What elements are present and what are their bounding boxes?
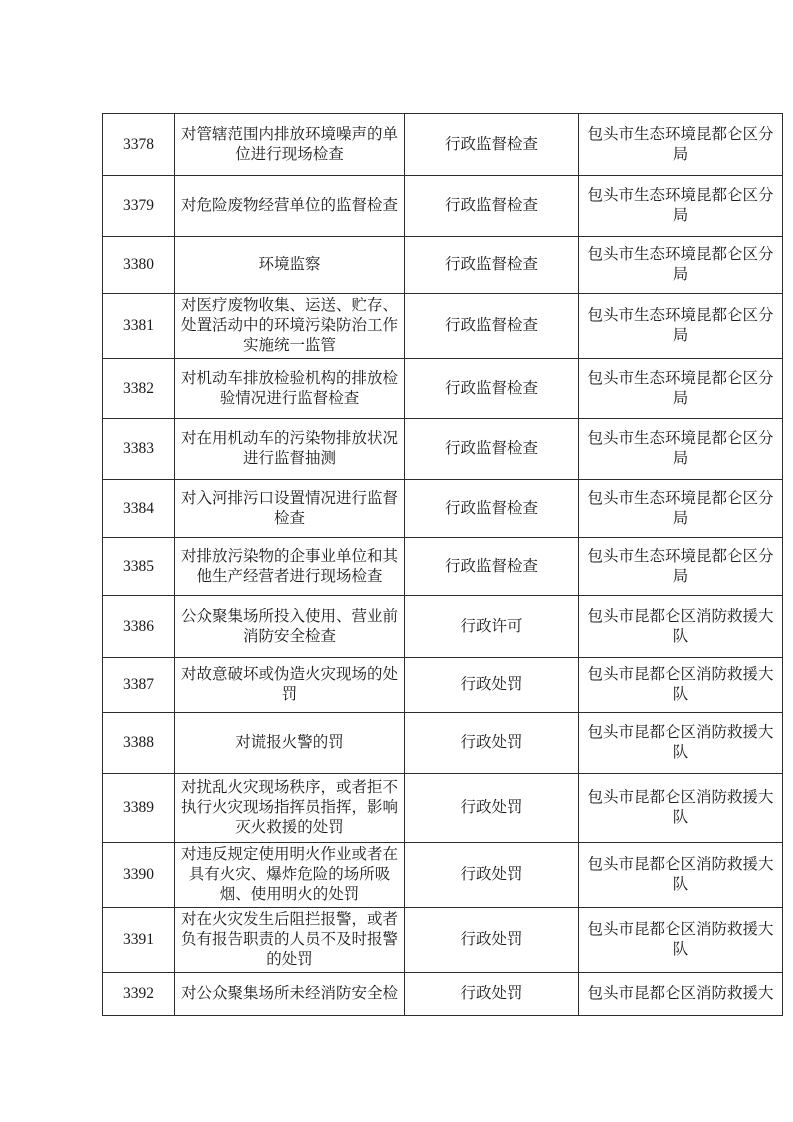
row-power-type-cell: 行政许可 bbox=[405, 596, 579, 658]
row-number-cell: 3384 bbox=[103, 480, 175, 538]
row-power-type-cell: 行政监督检查 bbox=[405, 480, 579, 538]
row-power-type-cell: 行政处罚 bbox=[405, 908, 579, 973]
row-number-cell: 3382 bbox=[103, 359, 175, 419]
row-item-name-cell: 对违反规定使用明火作业或者在具有火灾、爆炸危险的场所吸烟、使用明火的处罚 bbox=[175, 843, 405, 908]
row-department-cell: 包头市生态环境昆都仑区分局 bbox=[579, 176, 783, 237]
table-row: 3390 对违反规定使用明火作业或者在具有火灾、爆炸危险的场所吸烟、使用明火的处… bbox=[103, 843, 783, 908]
row-number-cell: 3381 bbox=[103, 294, 175, 359]
document-page: 3378 对管辖范围内排放环境噪声的单位进行现场检查 行政监督检查 包头市生态环… bbox=[0, 0, 793, 1122]
row-number-cell: 3390 bbox=[103, 843, 175, 908]
row-power-type-cell: 行政处罚 bbox=[405, 843, 579, 908]
row-power-type-cell: 行政监督检查 bbox=[405, 237, 579, 294]
row-item-name-cell: 对排放污染物的企事业单位和其他生产经营者进行现场检查 bbox=[175, 538, 405, 596]
row-item-name-cell: 对在火灾发生后阻拦报警，或者负有报告职责的人员不及时报警的处罚 bbox=[175, 908, 405, 973]
power-list-table: 3378 对管辖范围内排放环境噪声的单位进行现场检查 行政监督检查 包头市生态环… bbox=[102, 113, 783, 1016]
row-department-cell: 包头市昆都仑区消防救援大 bbox=[579, 973, 783, 1016]
table-row: 3380 环境监察 行政监督检查 包头市生态环境昆都仑区分局 bbox=[103, 237, 783, 294]
row-department-cell: 包头市生态环境昆都仑区分局 bbox=[579, 480, 783, 538]
row-item-name-cell: 对入河排污口设置情况进行监督检查 bbox=[175, 480, 405, 538]
row-power-type-cell: 行政监督检查 bbox=[405, 294, 579, 359]
row-item-name-cell: 对管辖范围内排放环境噪声的单位进行现场检查 bbox=[175, 114, 405, 176]
row-item-name-cell: 对机动车排放检验机构的排放检验情况进行监督检查 bbox=[175, 359, 405, 419]
row-power-type-cell: 行政处罚 bbox=[405, 658, 579, 713]
row-number-cell: 3378 bbox=[103, 114, 175, 176]
row-department-cell: 包头市昆都仑区消防救援大队 bbox=[579, 843, 783, 908]
table-row: 3381 对医疗废物收集、运送、贮存、处置活动中的环境污染防治工作实施统一监管 … bbox=[103, 294, 783, 359]
row-department-cell: 包头市生态环境昆都仑区分局 bbox=[579, 294, 783, 359]
row-item-name-cell: 对公众聚集场所未经消防安全检 bbox=[175, 973, 405, 1016]
table-row: 3388 对谎报火警的罚 行政处罚 包头市昆都仑区消防救援大队 bbox=[103, 713, 783, 774]
row-number-cell: 3383 bbox=[103, 419, 175, 480]
table-row: 3384 对入河排污口设置情况进行监督检查 行政监督检查 包头市生态环境昆都仑区… bbox=[103, 480, 783, 538]
row-department-cell: 包头市生态环境昆都仑区分局 bbox=[579, 419, 783, 480]
row-item-name-cell: 对在用机动车的污染物排放状况进行监督抽测 bbox=[175, 419, 405, 480]
row-item-name-cell: 对谎报火警的罚 bbox=[175, 713, 405, 774]
row-number-cell: 3379 bbox=[103, 176, 175, 237]
table-row: 3379 对危险废物经营单位的监督检查 行政监督检查 包头市生态环境昆都仑区分局 bbox=[103, 176, 783, 237]
table-body: 3378 对管辖范围内排放环境噪声的单位进行现场检查 行政监督检查 包头市生态环… bbox=[103, 114, 783, 1016]
row-department-cell: 包头市生态环境昆都仑区分局 bbox=[579, 237, 783, 294]
table-row: 3385 对排放污染物的企事业单位和其他生产经营者进行现场检查 行政监督检查 包… bbox=[103, 538, 783, 596]
row-number-cell: 3392 bbox=[103, 973, 175, 1016]
row-department-cell: 包头市生态环境昆都仑区分局 bbox=[579, 359, 783, 419]
row-power-type-cell: 行政监督检查 bbox=[405, 176, 579, 237]
row-department-cell: 包头市昆都仑区消防救援大队 bbox=[579, 596, 783, 658]
row-item-name-cell: 环境监察 bbox=[175, 237, 405, 294]
row-number-cell: 3387 bbox=[103, 658, 175, 713]
table-row: 3391 对在火灾发生后阻拦报警，或者负有报告职责的人员不及时报警的处罚 行政处… bbox=[103, 908, 783, 973]
row-department-cell: 包头市昆都仑区消防救援大队 bbox=[579, 713, 783, 774]
row-item-name-cell: 公众聚集场所投入使用、营业前消防安全检查 bbox=[175, 596, 405, 658]
row-number-cell: 3388 bbox=[103, 713, 175, 774]
row-item-name-cell: 对故意破坏或伪造火灾现场的处罚 bbox=[175, 658, 405, 713]
row-department-cell: 包头市昆都仑区消防救援大队 bbox=[579, 658, 783, 713]
row-number-cell: 3386 bbox=[103, 596, 175, 658]
table-row: 3389 对扰乱火灾现场秩序，或者拒不执行火灾现场指挥员指挥，影响灭火救援的处罚… bbox=[103, 774, 783, 843]
row-number-cell: 3391 bbox=[103, 908, 175, 973]
row-power-type-cell: 行政处罚 bbox=[405, 973, 579, 1016]
row-power-type-cell: 行政监督检查 bbox=[405, 359, 579, 419]
table-row: 3383 对在用机动车的污染物排放状况进行监督抽测 行政监督检查 包头市生态环境… bbox=[103, 419, 783, 480]
table-row: 3387 对故意破坏或伪造火灾现场的处罚 行政处罚 包头市昆都仑区消防救援大队 bbox=[103, 658, 783, 713]
table-row: 3386 公众聚集场所投入使用、营业前消防安全检查 行政许可 包头市昆都仑区消防… bbox=[103, 596, 783, 658]
table-row: 3378 对管辖范围内排放环境噪声的单位进行现场检查 行政监督检查 包头市生态环… bbox=[103, 114, 783, 176]
row-department-cell: 包头市生态环境昆都仑区分局 bbox=[579, 114, 783, 176]
row-number-cell: 3380 bbox=[103, 237, 175, 294]
row-power-type-cell: 行政监督检查 bbox=[405, 419, 579, 480]
table-row: 3382 对机动车排放检验机构的排放检验情况进行监督检查 行政监督检查 包头市生… bbox=[103, 359, 783, 419]
row-department-cell: 包头市昆都仑区消防救援大队 bbox=[579, 774, 783, 843]
row-number-cell: 3385 bbox=[103, 538, 175, 596]
row-item-name-cell: 对扰乱火灾现场秩序，或者拒不执行火灾现场指挥员指挥，影响灭火救援的处罚 bbox=[175, 774, 405, 843]
row-power-type-cell: 行政监督检查 bbox=[405, 114, 579, 176]
row-power-type-cell: 行政处罚 bbox=[405, 774, 579, 843]
row-department-cell: 包头市生态环境昆都仑区分局 bbox=[579, 538, 783, 596]
row-item-name-cell: 对危险废物经营单位的监督检查 bbox=[175, 176, 405, 237]
row-department-cell: 包头市昆都仑区消防救援大队 bbox=[579, 908, 783, 973]
row-number-cell: 3389 bbox=[103, 774, 175, 843]
row-power-type-cell: 行政监督检查 bbox=[405, 538, 579, 596]
row-power-type-cell: 行政处罚 bbox=[405, 713, 579, 774]
row-item-name-cell: 对医疗废物收集、运送、贮存、处置活动中的环境污染防治工作实施统一监管 bbox=[175, 294, 405, 359]
table-row: 3392 对公众聚集场所未经消防安全检 行政处罚 包头市昆都仑区消防救援大 bbox=[103, 973, 783, 1016]
